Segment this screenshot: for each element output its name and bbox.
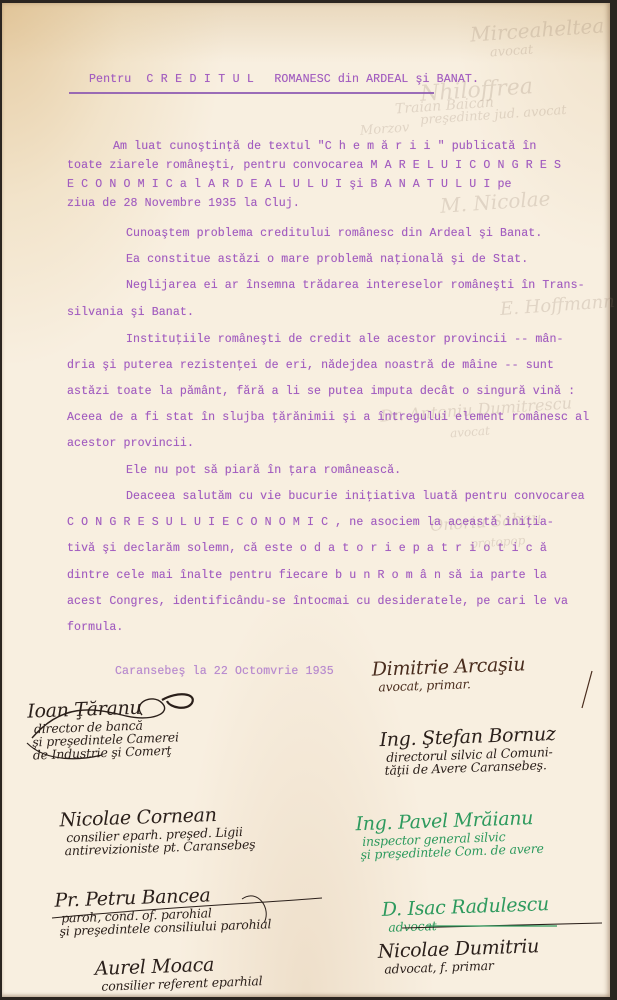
typed-line: formula. [67,621,123,634]
typed-line: Neglijarea ei ar însemna trădarea intere… [126,279,585,292]
signatory-role: de Industrie şi Comerţ [33,744,180,762]
typed-line: astăzi toate la pământ, fără a li se put… [67,385,575,398]
signature-sig-4: Nicolae Corneanconsilier eparh. preşed. … [59,805,255,858]
place-date: Caransebeş la 22 Octomvrie 1935 [115,665,334,678]
bleed-through-text: E. Hoffmann [499,291,615,320]
typed-line: Am luat cunoştinţă de textul "C h e m ă … [113,140,536,153]
typed-line: toate ziarele româneşti, pentru convocar… [67,159,561,172]
bleed-through-text: Morzov [360,120,410,138]
title-spaced-word: CREDITUL [146,73,261,86]
signatory-role: avocat, primar. [378,675,526,693]
typed-line: silvania şi Banat. [67,306,194,319]
typed-line: Ea constitue astăzi o mare problemă naţi… [126,253,528,266]
bleed-through-text: avocat [490,43,534,61]
signature-sig-5: Ing. Pavel Mrăianuinspector general silv… [355,809,544,862]
typed-line: Ele nu pot să piară în ţara românească. [126,464,401,477]
signature-sig-6: Pr. Petru Banceaparoh, cond. of. parohia… [54,884,271,938]
bleed-through-text: Mirceaheltea [469,13,605,46]
signature-sig-1: Dimitrie Arcaşiuavocat, primar. [371,655,526,693]
typed-line: tivă şi declarăm solemn, că este o d a t… [67,542,547,555]
title-rest: ROMANESC din ARDEAL şi BANAT. [274,73,479,86]
typed-line: Aceea de a fi stat în slujba ţărănimii ş… [67,411,589,424]
signature-sig-8: Aurel Moacaconsilier referent eparhial [94,954,262,993]
typed-line: Deaceea salutăm cu vie bucurie iniţiativ… [126,490,585,503]
typed-line: E C O N O M I C a l A R D E A L U L U I … [67,178,512,191]
signature-sig-9: Nicolae Dumitriuadvocat, f. primar [377,937,539,976]
signature-sig-2: Ioan Ţăranudirector de bancăşi preşedint… [27,697,179,762]
typed-line: C O N G R E S U L U I E C O N O M I C , … [67,516,554,529]
document-page: MirceahelteaavocatNhiloffreaTraian Baica… [2,3,610,997]
typed-line: acestor provincii. [67,437,194,450]
signature-sig-7: D. Isac Radulescuadvocat [381,895,549,934]
signatory-role: advocat, f. primar [384,957,540,976]
signatory-role: consilier referent eparhial [101,974,262,993]
typed-line: dria şi puterea rezistenţei de eri, năde… [67,359,554,372]
typed-line: dintre cele mai înalte pentru fiecare b … [67,569,547,582]
signature-sig-3: Ing. Ştefan Bornuzdirectorul silvic al C… [379,725,557,777]
title-underline [69,92,434,94]
typed-line: Instituţiile româneşti de credit ale ace… [126,333,564,346]
typed-line: acest Congres, identificându-se întocmai… [67,595,568,608]
typed-line: ziua de 28 Novembre 1935 la Cluj. [67,197,300,210]
document-title: Pentru CREDITUL ROMANESC din ARDEAL şi B… [89,73,479,86]
title-prefix: Pentru [89,73,131,86]
bleed-through-text: avocat [450,424,491,441]
typed-line: Cunoaştem problema creditului românesc d… [126,227,542,240]
